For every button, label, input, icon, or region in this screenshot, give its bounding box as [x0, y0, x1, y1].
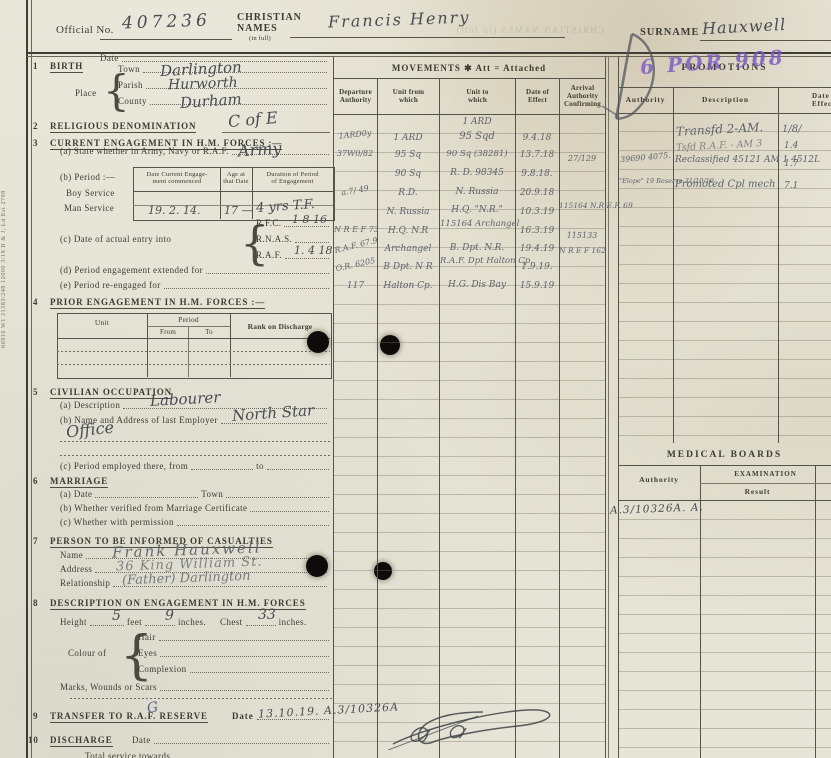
s7-name-label: Name [60, 550, 83, 560]
printer-imprint: 66916 W1 21383/248 12000 3/18 H & J, Ld … [1, 48, 14, 348]
s4-title: PRIOR ENGAGEMENT IN H.M. FORCES :— [50, 297, 265, 309]
movements-col-line2 [439, 78, 440, 758]
period-header-line [133, 191, 333, 192]
s1-no: 1 [33, 61, 38, 71]
s5b-line3 [60, 455, 330, 456]
promotion-cell: "Elope" 19 Reserve 31/10/19 [619, 177, 671, 185]
movements-right-border2 [608, 57, 609, 758]
rnas-blank [295, 242, 329, 243]
promotion-cell: 1.7 [784, 159, 820, 169]
s5c-blank2 [267, 469, 329, 470]
height-feet-value: 5 [112, 608, 121, 624]
prior-col-period: Period [148, 315, 229, 324]
birth-date-label: Date [100, 53, 119, 63]
hair-row: Hair [138, 632, 332, 642]
town-label: Town [118, 64, 140, 74]
s1-title: BIRTH [50, 61, 83, 73]
s10-date-blank [154, 743, 329, 744]
inches-label: inches. [178, 617, 206, 627]
names-label: NAMES [237, 23, 278, 34]
s6a-label: (a) Date [60, 489, 92, 499]
prior-row-line2 [57, 364, 330, 365]
in-full-label: (in full) [249, 35, 271, 42]
movement-cell: R.D. [378, 188, 438, 198]
s6-title: MARRIAGE [50, 476, 108, 488]
complexion-row: Complexion [138, 664, 332, 674]
s6c-label: (c) Whether with permission [60, 517, 174, 527]
s3-no: 3 [33, 138, 38, 148]
movement-cell: 15.9.19 [516, 281, 558, 291]
s10-no: 10 [28, 735, 39, 745]
marks-blank [160, 690, 329, 691]
man-service-label: Man Service [64, 203, 114, 213]
s6-no: 6 [33, 476, 38, 486]
movement-cell: 1.9.19. [516, 262, 558, 272]
eyes-blank [160, 656, 329, 657]
medical-col-result: Result [700, 487, 815, 496]
s6a-blank1 [95, 497, 198, 498]
place-label: Place [75, 88, 97, 98]
prior-col-from: From [148, 328, 188, 336]
movements-col-to: Unit to which [440, 88, 515, 104]
movement-cell: Archangel [378, 244, 438, 254]
chest-inches-label: inches. [279, 617, 307, 627]
s2-value: C of E [227, 108, 278, 131]
s5a-value: Labourer [150, 388, 221, 410]
rfc-blank [284, 226, 329, 227]
period-col-age: Age at that Date [221, 171, 251, 185]
christian-label: CHRISTIAN [237, 12, 302, 23]
movement-cell: H.Q. N.R [378, 226, 438, 236]
official-no-value: 407236 [122, 10, 212, 33]
s6a-town-label: Town [201, 489, 223, 499]
promotion-cell: 1/8/ [782, 124, 822, 135]
s6c-row: (c) Whether with permission [60, 517, 332, 527]
s9-g-mark: G [146, 699, 159, 716]
movement-cell: 95 Sq [378, 150, 438, 160]
movement-cell: 9.8.18. [516, 169, 558, 179]
raf-label: R.A.F. [256, 250, 282, 260]
s9-date-label: Date [232, 711, 254, 721]
movement-cell: 115164 Archangel [440, 219, 514, 229]
marks-blank2 [70, 698, 332, 699]
movement-cell: R. D. 98345 [440, 168, 514, 178]
promotions-col-line2 [778, 87, 779, 443]
rnas-row: R.N.A.S. [256, 234, 332, 244]
s9-no: 9 [33, 711, 38, 721]
christian-names-value: Francis Henry [328, 8, 471, 32]
promotion-cell: 7.1 [784, 181, 820, 191]
height-feet-blank [90, 625, 124, 626]
christian-names-line [290, 37, 565, 38]
movement-cell: 95 Sqd [440, 131, 514, 142]
surname-line [700, 40, 831, 41]
s3d-label: (d) Period engagement extended for [60, 265, 203, 275]
period-col-dur: Duration of Period of Engagement [253, 171, 332, 185]
s5a-label: (a) Description [60, 400, 120, 410]
s5c-blank1 [191, 469, 253, 470]
s5b-line2 [60, 441, 330, 442]
movements-col-from: Unit from which [378, 88, 439, 104]
movement-cell: N R E F 162 [559, 246, 605, 255]
movements-title-line [333, 78, 605, 79]
marks-label: Marks, Wounds or Scars [60, 682, 157, 692]
s7-rel-label: Relationship [60, 578, 110, 588]
movements-col-line4 [559, 78, 560, 758]
height-inch-value: 9 [165, 608, 174, 624]
movement-cell: 37W0/82 [334, 149, 376, 158]
s9-title: TRANSFER TO R.A.F. RESERVE [50, 711, 208, 723]
chest-blank [246, 625, 276, 626]
rnas-label: R.N.A.S. [256, 234, 292, 244]
promotions-col-desc: Description [673, 95, 778, 104]
eyes-row: Eyes [138, 648, 332, 658]
s3b-label: (b) Period :— [60, 172, 115, 182]
movement-cell: 10.3.19 [516, 207, 558, 217]
movement-cell: N. Russia [440, 187, 514, 197]
prior-col-rank: Rank on Discharge [231, 322, 329, 331]
s6b-blank [250, 511, 329, 512]
s3a-row: (a) State whether in Army, Navy or R.A.F… [60, 146, 332, 156]
s10-total-row: Total service towards [85, 751, 332, 758]
s3e-label: (e) Period re-engaged for [60, 280, 161, 290]
height-row: Height feet inches. Chest inches. [60, 617, 332, 627]
movement-cell: 27/129 [560, 154, 604, 163]
service-record-form: 66916 W1 21383/248 12000 3/18 H & J, Ld … [0, 0, 831, 758]
chest-label: Chest [220, 617, 243, 627]
hair-blank [159, 640, 329, 641]
eyes-label: Eyes [138, 648, 157, 658]
s3a-value: Army [237, 139, 282, 161]
s3d-row: (d) Period engagement extended for [60, 265, 332, 275]
movement-cell: 90 Sq [378, 169, 438, 179]
ink-bleed-ghost: CHRISTIAN NAMES (in full) [455, 25, 604, 35]
s5b-value2: Office [65, 418, 115, 442]
movements-right-border [605, 57, 606, 758]
complexion-blank [190, 672, 330, 673]
s6a-row: (a) DateTown [60, 489, 332, 499]
medical-ruling [619, 501, 831, 758]
boy-service-label: Boy Service [66, 188, 115, 198]
movement-cell: 90 Sq (38281) [440, 149, 514, 159]
movements-left-border [333, 57, 334, 758]
movements-col-date: Date of Effect [516, 88, 559, 104]
county-value: Durham [179, 90, 242, 112]
s4-no: 4 [33, 297, 38, 307]
s5c-label: (c) Period employed there, from [60, 461, 188, 471]
s7-addr-label: Address [60, 564, 92, 574]
s2-no: 2 [33, 121, 38, 131]
s10-date-row: Date [132, 735, 332, 745]
movement-cell: R.A.F. Dpt Halton Cp. [440, 256, 514, 266]
marks-row: Marks, Wounds or Scars [60, 682, 332, 692]
movements-col-line3 [515, 78, 516, 758]
s8-no: 8 [33, 598, 38, 608]
man-date-value: 19. 2. 14. [148, 204, 200, 217]
movements-title: MOVEMENTS ✱ Att = Attached [333, 63, 605, 74]
raf-blank [285, 258, 329, 259]
promotions-col-date: Date of Effect [812, 92, 831, 108]
s3c-label: (c) Date of actual entry into [60, 234, 171, 244]
punch-hole [306, 555, 328, 577]
movement-cell: N. Russia [378, 207, 438, 217]
surname-value: Hauxwell [702, 15, 787, 38]
medical-exam-underline [700, 483, 831, 484]
official-no-line [100, 39, 232, 40]
period-col-date: Date Current Engage- ment commenced [134, 171, 220, 185]
raf-value: 1. 4 18 [294, 244, 332, 257]
s10-total-label: Total service towards [85, 751, 170, 758]
s7-no: 7 [33, 536, 38, 546]
movement-cell: 9.4.18 [516, 133, 558, 143]
prior-header-line [57, 338, 330, 339]
movement-cell: N R E F 73 [334, 225, 377, 234]
prior-col-unit: Unit [58, 318, 146, 327]
official-no-label: Official No. [56, 24, 114, 36]
prior-col-to: To [189, 328, 229, 336]
left-margin-rule-thick [26, 0, 28, 758]
movement-cell: 16.3.19 [516, 226, 558, 236]
signature-scribble [388, 686, 563, 750]
movement-cell: B Dpt. N R [378, 262, 438, 272]
s6c-blank [177, 525, 329, 526]
movement-cell: 20.9.18 [516, 188, 558, 198]
s5c-row: (c) Period employed there, fromto [60, 461, 332, 471]
rfc-value: 1 8 16 [292, 213, 327, 226]
movement-cell: 117 [334, 281, 377, 291]
movement-cell: 115133 [560, 231, 604, 240]
s6b-label: (b) Whether verified from Marriage Certi… [60, 503, 247, 513]
parish-label: Parish [118, 80, 143, 90]
chest-value: 33 [258, 607, 276, 623]
height-label: Height [60, 617, 87, 627]
s6a-blank2 [226, 497, 329, 498]
movements-col-dep: Departure Authority [334, 88, 377, 104]
rfc-label: R.F.C. [256, 218, 281, 228]
movements-header-line [333, 114, 605, 115]
s10-title: DISCHARGE [50, 735, 113, 747]
s5c-to-label: to [256, 461, 264, 471]
prior-row-line1 [57, 351, 330, 352]
promotion-cell: 1.4 [784, 141, 820, 151]
punch-hole [307, 331, 329, 353]
movement-cell: H.Q. "N.R." [440, 205, 514, 215]
movement-cell: 1 ARD [378, 133, 438, 143]
s3e-blank [164, 288, 329, 289]
medical-title: MEDICAL BOARDS [618, 450, 831, 460]
movement-cell: 13.7.18 [516, 150, 558, 160]
movement-cell: H.G. Dis Bay [440, 280, 514, 290]
s2-line [222, 132, 330, 133]
promotion-cell: Reclassified 45121 AM 1 4512L [675, 155, 777, 165]
county-label: County [118, 96, 147, 106]
medical-top-line [618, 465, 831, 466]
s3d-blank [206, 273, 329, 274]
s10-date-label: Date [132, 735, 151, 745]
s3a-label: (a) State whether in Army, Navy or R.A.F… [60, 146, 229, 156]
medical-col-exam: EXAMINATION [700, 470, 831, 478]
s2-title: RELIGIOUS DENOMINATION [50, 121, 196, 133]
s6b-row: (b) Whether verified from Marriage Certi… [60, 503, 332, 513]
movement-cell: B. Dpt. N.R. [440, 243, 514, 253]
complexion-label: Complexion [138, 664, 187, 674]
colour-of-label: Colour of [68, 648, 106, 658]
promotion-cell: Promoted Cpl mech [675, 179, 777, 190]
prior-period-underline [147, 326, 230, 327]
promotions-col-line1 [673, 87, 674, 443]
movement-cell: 115164 N.R.E.F. 69 [559, 201, 605, 210]
medical-col-auth: Authority [618, 475, 700, 484]
movement-cell: 1 ARD [440, 117, 514, 127]
movement-cell: Halton Cp. [378, 281, 438, 291]
left-margin-rule-thin [31, 0, 32, 758]
movement-cell: 19.4.19 [516, 244, 558, 254]
s5-no: 5 [33, 387, 38, 397]
s3e-row: (e) Period re-engaged for [60, 280, 332, 290]
hair-label: Hair [138, 632, 156, 642]
movements-col-line1 [377, 78, 378, 758]
